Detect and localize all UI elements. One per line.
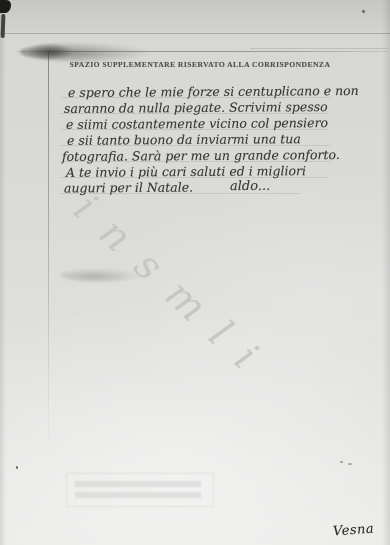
bleed-through-imprint xyxy=(66,473,214,507)
dust-speck xyxy=(16,466,18,469)
bleed-through-text-row xyxy=(75,481,201,487)
card-left-edge-line xyxy=(48,52,49,458)
handwriting-line-7: auguri per il Natale. xyxy=(64,180,193,196)
handwriting-line-2: saranno da nulla piegate. Scrivimi spess… xyxy=(64,99,328,116)
handwriting-line-6: A te invio i più cari saluti ed i miglio… xyxy=(66,163,306,180)
printed-header: SPAZIO SUPPLEMENTARE RISERVATO ALLA CORR… xyxy=(45,60,355,69)
dust-speck xyxy=(340,461,343,463)
bleed-through-text-row xyxy=(75,492,201,498)
handwriting-line-4: e sii tanto buono da inviarmi una tua xyxy=(67,131,301,148)
handwritten-annotation: Vesna xyxy=(333,522,375,540)
scanner-margin-band xyxy=(0,0,390,33)
scanned-letter-page: SPAZIO SUPPLEMENTARE RISERVATO ALLA CORR… xyxy=(0,0,390,545)
dust-speck xyxy=(362,10,365,13)
left-edge-shadow xyxy=(0,0,6,545)
scan-edge-artifact xyxy=(1,14,6,38)
paper-crease-line xyxy=(0,33,390,34)
handwriting-line-1: e spero che le mie forze si centuplicano… xyxy=(68,83,359,100)
card-top-edge-line-faint xyxy=(250,48,388,49)
handwriting-line-3: e siimi costantemente vicino col pensier… xyxy=(66,115,328,132)
dust-speck xyxy=(348,463,352,465)
handwriting-line-5: fotografia. Sarà per me un grande confor… xyxy=(62,147,340,164)
right-edge-shadow xyxy=(382,0,390,545)
archive-watermark: insmli xyxy=(65,186,283,393)
signature: aldo... xyxy=(230,179,270,194)
pencil-smudge-dark xyxy=(27,43,73,60)
